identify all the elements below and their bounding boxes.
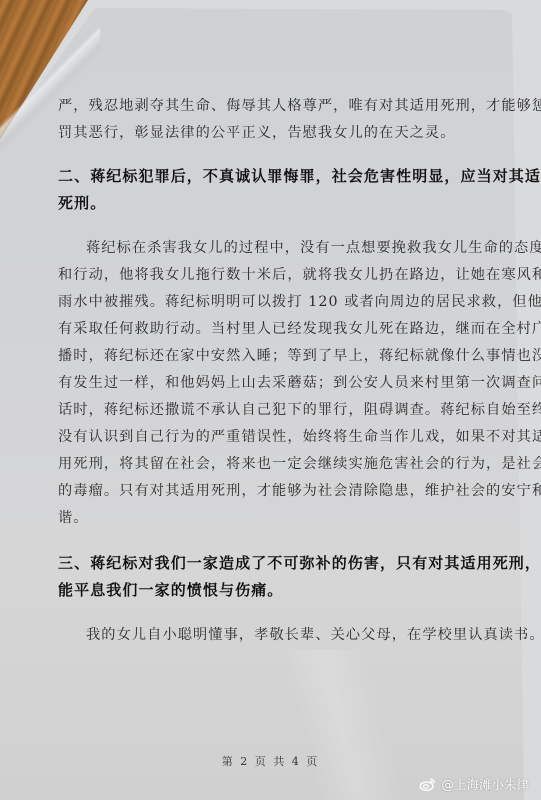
text-line: 罚其恶行，彰显法律的公平正义，告慰我女儿的在天之灵。 <box>58 120 498 147</box>
text-line: 雨水中被摧残。蒋纪标明明可以拨打 120 或者向周边的居民求救，但他没 <box>58 289 498 316</box>
text-line: 谐。 <box>58 505 498 532</box>
text-line: 没有认识到自己行为的严重错误性，始终将生命当作儿戏，如果不对其适 <box>58 424 498 451</box>
watermark: @上海滩小朱律 <box>419 775 529 793</box>
text-line: 话时，蒋纪标还撒谎不承认自己犯下的罪行，阻碍调查。蒋纪标自始至终 <box>58 397 498 424</box>
heading-line: 死刑。 <box>58 190 498 217</box>
text-line: 有采取任何救助行动。当村里人已经发现我女儿死在路边，继而在全村广 <box>58 316 498 343</box>
text-line: 和行动，他将我女儿拖行数十米后，就将我女儿扔在路边，让她在寒风和 <box>58 262 498 289</box>
paragraph-2: 蒋纪标在杀害我女儿的过程中，没有一点想要挽救我女儿生命的态度 和行动，他将我女儿… <box>58 235 498 532</box>
section-heading-2: 二、蒋纪标犯罪后，不真诚认罪悔罪，社会危害性明显，应当对其适用 死刑。 <box>58 163 498 217</box>
weibo-icon <box>419 777 437 791</box>
section-heading-3: 三、蒋纪标对我们一家造成了不可弥补的伤害，只有对其适用死刑，才 能平息我们一家的… <box>58 550 498 604</box>
paragraph-3: 我的女儿自小聪明懂事，孝敬长辈、关心父母，在学校里认真读书。 <box>58 622 498 649</box>
text-line: 严，残忍地剥夺其生命、侮辱其人格尊严，唯有对其适用死刑，才能够惩 <box>58 93 498 120</box>
page-number: 第 2 页 共 4 页 <box>0 753 541 769</box>
text-line: 蒋纪标在杀害我女儿的过程中，没有一点想要挽救我女儿生命的态度 <box>58 235 498 262</box>
text-line: 我的女儿自小聪明懂事，孝敬长辈、关心父母，在学校里认真读书。 <box>58 622 498 649</box>
text-line: 的毒瘤。只有对其适用死刑，才能够为社会清除隐患，维护社会的安宁和 <box>58 478 498 505</box>
heading-line: 能平息我们一家的愤恨与伤痛。 <box>58 577 498 604</box>
paragraph-1: 严，残忍地剥夺其生命、侮辱其人格尊严，唯有对其适用死刑，才能够惩 罚其恶行，彰显… <box>58 93 498 147</box>
watermark-text: @上海滩小朱律 <box>441 775 529 793</box>
document-body: 严，残忍地剥夺其生命、侮辱其人格尊严，唯有对其适用死刑，才能够惩 罚其恶行，彰显… <box>58 93 498 649</box>
text-line: 用死刑，将其留在社会，将来也一定会继续实施危害社会的行为，是社会 <box>58 451 498 478</box>
text-line: 播时，蒋纪标还在家中安然入睡；等到了早上，蒋纪标就像什么事情也没 <box>58 343 498 370</box>
text-line: 有发生过一样，和他妈妈上山去采蘑菇；到公安人员来村里第一次调查问 <box>58 370 498 397</box>
heading-line: 二、蒋纪标犯罪后，不真诚认罪悔罪，社会危害性明显，应当对其适用 <box>58 163 498 190</box>
heading-line: 三、蒋纪标对我们一家造成了不可弥补的伤害，只有对其适用死刑，才 <box>58 550 498 577</box>
